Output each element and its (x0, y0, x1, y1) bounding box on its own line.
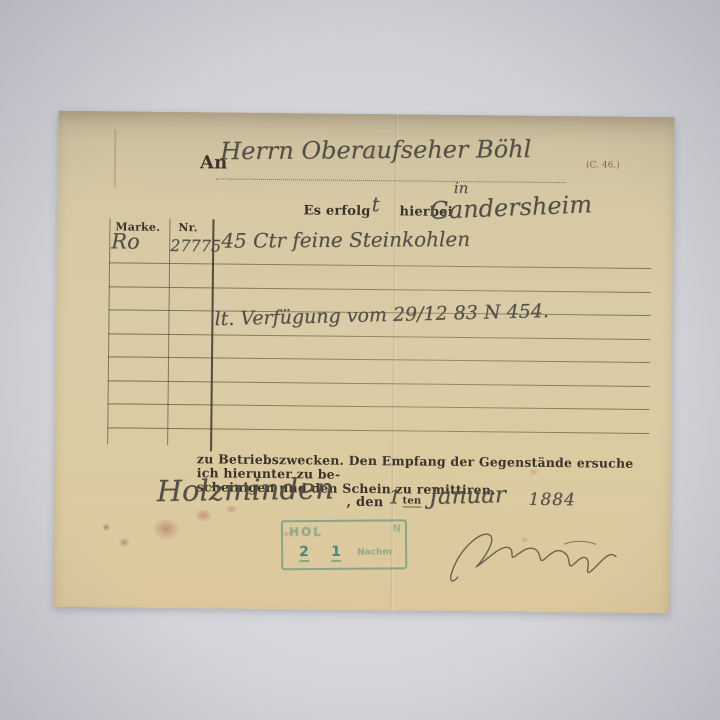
row-marke-value: Ro (111, 229, 140, 253)
document-paper: An Herrn Oberaufseher Böhl (C. 46.) in E… (53, 111, 674, 613)
stamp-corner-text: N (393, 523, 401, 534)
row-description-handwriting: 45 Ctr feine Steinkohlen (221, 227, 470, 253)
stain (358, 144, 388, 160)
ruled-line (108, 380, 650, 387)
note-handwriting: lt. Verfügung vom 29/12 83 N 454. (214, 300, 549, 330)
destination-handwriting: Gandersheim (429, 190, 592, 225)
photo-background: An Herrn Oberaufseher Böhl (C. 46.) in E… (0, 0, 720, 720)
month-handwriting: Januar (428, 482, 506, 510)
stamp-month: 1 (331, 544, 341, 562)
date-stamp: HOL N 2 1 Nachm (281, 519, 407, 570)
ruled-line (109, 286, 651, 293)
year-value: 1884 (528, 490, 575, 510)
stain (529, 468, 539, 476)
addressee-ruled-line (216, 152, 566, 183)
ruled-line (107, 427, 649, 434)
day-handwriting: 1 (388, 486, 400, 508)
stamp-city-text: HOL (289, 525, 323, 539)
signature-handwriting (444, 515, 645, 597)
stamp-word: Nachm (357, 547, 392, 557)
ruled-line (108, 403, 650, 410)
corner-crease (114, 129, 117, 187)
ruled-line (108, 333, 650, 340)
den-label: , den (346, 495, 383, 510)
stain (102, 523, 110, 531)
stain (224, 505, 238, 514)
stain (118, 537, 130, 547)
table-left-border (107, 218, 110, 444)
stain (194, 508, 212, 522)
column-header-nr: Nr. (178, 221, 197, 234)
ruled-line (109, 262, 651, 269)
ten-label: ten (402, 495, 421, 507)
es-erfolg-label: Es erfolg (304, 203, 371, 219)
row-nr-value: 27775 (170, 236, 221, 256)
stain (282, 531, 290, 537)
stain (520, 536, 529, 544)
stamp-day: 2 (299, 544, 309, 562)
stain (152, 518, 180, 540)
ruled-line (108, 356, 650, 363)
hand-t-insert: t (372, 192, 380, 216)
city-handwriting: Holzminden (156, 471, 334, 508)
form-code: (C. 46.) (586, 160, 620, 170)
